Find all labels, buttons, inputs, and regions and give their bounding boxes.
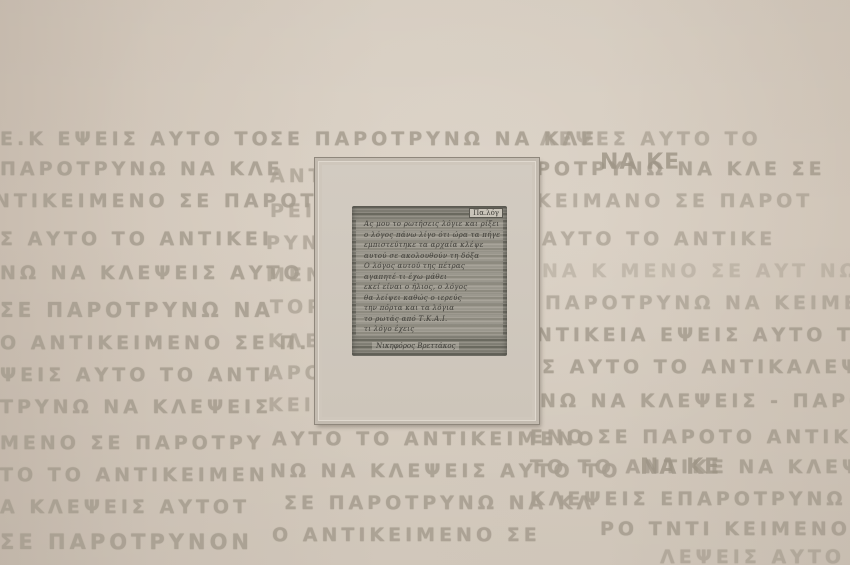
- wall-text-fragment: ΚΕΙ: [268, 394, 315, 416]
- wall-text-line: ΠΑΡΟΤΡΥΝΩ ΝΑ ΚΕΙΜΕΝΟ ΣΕ: [545, 292, 850, 314]
- wall-text-line: ΡΟ ΤΝΤΙ ΚΕΙΜΕΝΟ: [600, 518, 850, 540]
- wall-text-line: ΣΕ ΠΑΡΟΤΡΥΝΩ ΝΑ: [0, 298, 274, 322]
- wall-text-line: Ο ΑΝΤΙΚΕΙΜΕΝΟ ΣΕ: [272, 524, 541, 546]
- wall-text-line: Σ ΑΥΤΟ ΤΟ ΑΝΤΙΚΑΛΕΨ: [542, 356, 850, 378]
- print-text-line: θα λείψει καθώς ο ιερεύς: [356, 294, 503, 304]
- wall-text-line: Σ ΑΥΤΟ ΤΟ ΑΝΤΙΚΕΙ: [0, 228, 273, 250]
- wall-text-line: ΛΕΨΕΙΣ ΑΥΤΟ: [660, 546, 845, 565]
- print-text-line: Ο λόγος αυτού της πέτρας: [356, 262, 503, 272]
- wall-text-fragment: ΡΕΙ: [270, 200, 316, 222]
- wall-text-line: Ε.Κ ΕΨΕΙΣ ΑΥΤΟ ΤΟ: [0, 128, 272, 150]
- wall-text-line: Ο ΑΝΤΙΚΕΙΜΕΝΟ ΣΕ Π.: [0, 332, 310, 354]
- wall-text-line: ΚΕΙΜΑΝΟ ΣΕ ΠΑΡΟΤ: [536, 190, 813, 212]
- wall-text-line: ΝΑ Κ ΜΕΝΟ ΣΕ ΑΥΤ ΝΩ: [542, 260, 850, 282]
- print-text-line: εκεί είναι ο ήλιος, ο λόγος: [356, 283, 503, 293]
- print-text-block: Ας μου το ρωτήσεις λόγιε και ρίξει ο λόγ…: [356, 220, 503, 336]
- wall-text-line: Α ΚΛΕΨΕΙΣ ΑΥΤΟΤ: [0, 496, 250, 518]
- print-text-line: ο λόγος πάνω λίγο ότι ώρα τα πήγε: [356, 231, 503, 241]
- print-text-line: την πόρτα και τα λόγια: [356, 304, 503, 314]
- wall-text-line: ΝΤΙΚΕΙΑ ΕΨΕΙΣ ΑΥΤΟ ΤΟ Ρ: [536, 324, 850, 346]
- wall-text-line: ΣΕ ΠΑΡΟΤΡΥΝΟΝ: [0, 530, 253, 554]
- print-corner-label: Πα.λόγ: [469, 208, 503, 218]
- wall-text-line: ΚΛΕΨΕΙΣ ΕΠΑΡΟΤΡΥΝΩ Ν: [530, 488, 850, 510]
- wall-text-line: ΝΩ ΝΑ ΚΛΕΨΕΙΣ - ΠΑΡΟΤ: [540, 390, 850, 412]
- overlay-text: ΝΑ ΚΕ: [640, 455, 720, 480]
- wall-text-line: ΤΟ ΤΟ ΑΝΤΙΚΕΙΜΕΝ: [0, 464, 269, 486]
- wall-text-line: ΨΕΙΣ ΑΥΤΟ ΤΟ ΑΝΤΙ: [0, 364, 274, 386]
- wall-text-line: ΠΑΡΟΤΡΥΝΩ ΝΑ ΚΛΕ: [0, 158, 284, 180]
- overlay-text: ΝΑ ΚΕ: [600, 150, 680, 175]
- print-signature: Νικηφόρος Βρεττάκος: [372, 342, 459, 350]
- wall-text-line: ΡΟΤΡΥΝΩ ΝΑ ΚΛΕ ΣΕ: [536, 158, 826, 180]
- print-text-line: εμπιστεύτηκε τα αρχαία κλέψε: [356, 241, 503, 251]
- print-text-line: το ρωτάς από Τ.Κ.Α.Ι.: [356, 315, 503, 325]
- wall-text-line: ΝΩ ΝΑ ΚΛΕΨΕΙΣ ΑΥΤΟ: [0, 262, 304, 284]
- wall-text-line: ΛΕΨΕΣ ΑΥΤΟ ΤΟ: [540, 128, 762, 150]
- print-text-line: τι λόγο έχεις: [356, 325, 503, 335]
- print-text-line: αγαπητέ τι έχω μάθει: [356, 273, 503, 283]
- picture-frame: Πα.λόγ Ας μου το ρωτήσεις λόγιε και ρίξε…: [315, 158, 539, 424]
- print-text-line: Ας μου το ρωτήσεις λόγιε και ρίξει: [356, 220, 503, 230]
- wall-text-line: ΑΥΤΟ ΤΟ ΑΝΤΙΚΕ: [542, 228, 776, 250]
- print-text-line: αυτού σε ακολουθούν τη δόξα: [356, 252, 503, 262]
- wall-text-line: ΜΕΝΟ ΣΕ ΠΑΡΟΤΡΥ: [0, 432, 264, 454]
- framed-print: Πα.λόγ Ας μου το ρωτήσεις λόγιε και ρίξε…: [352, 206, 507, 356]
- wall-text-line: ΤΡΥΝΩ ΝΑ ΚΛΕΨΕΙΣ: [0, 396, 272, 418]
- wall-text-line: ΕΝΟ ΣΕ ΠΑΡΟΤΟ ΑΝΤΙΚΕΙ: [530, 426, 850, 448]
- frame-mat: Πα.λόγ Ας μου το ρωτήσεις λόγιε και ρίξε…: [322, 165, 532, 417]
